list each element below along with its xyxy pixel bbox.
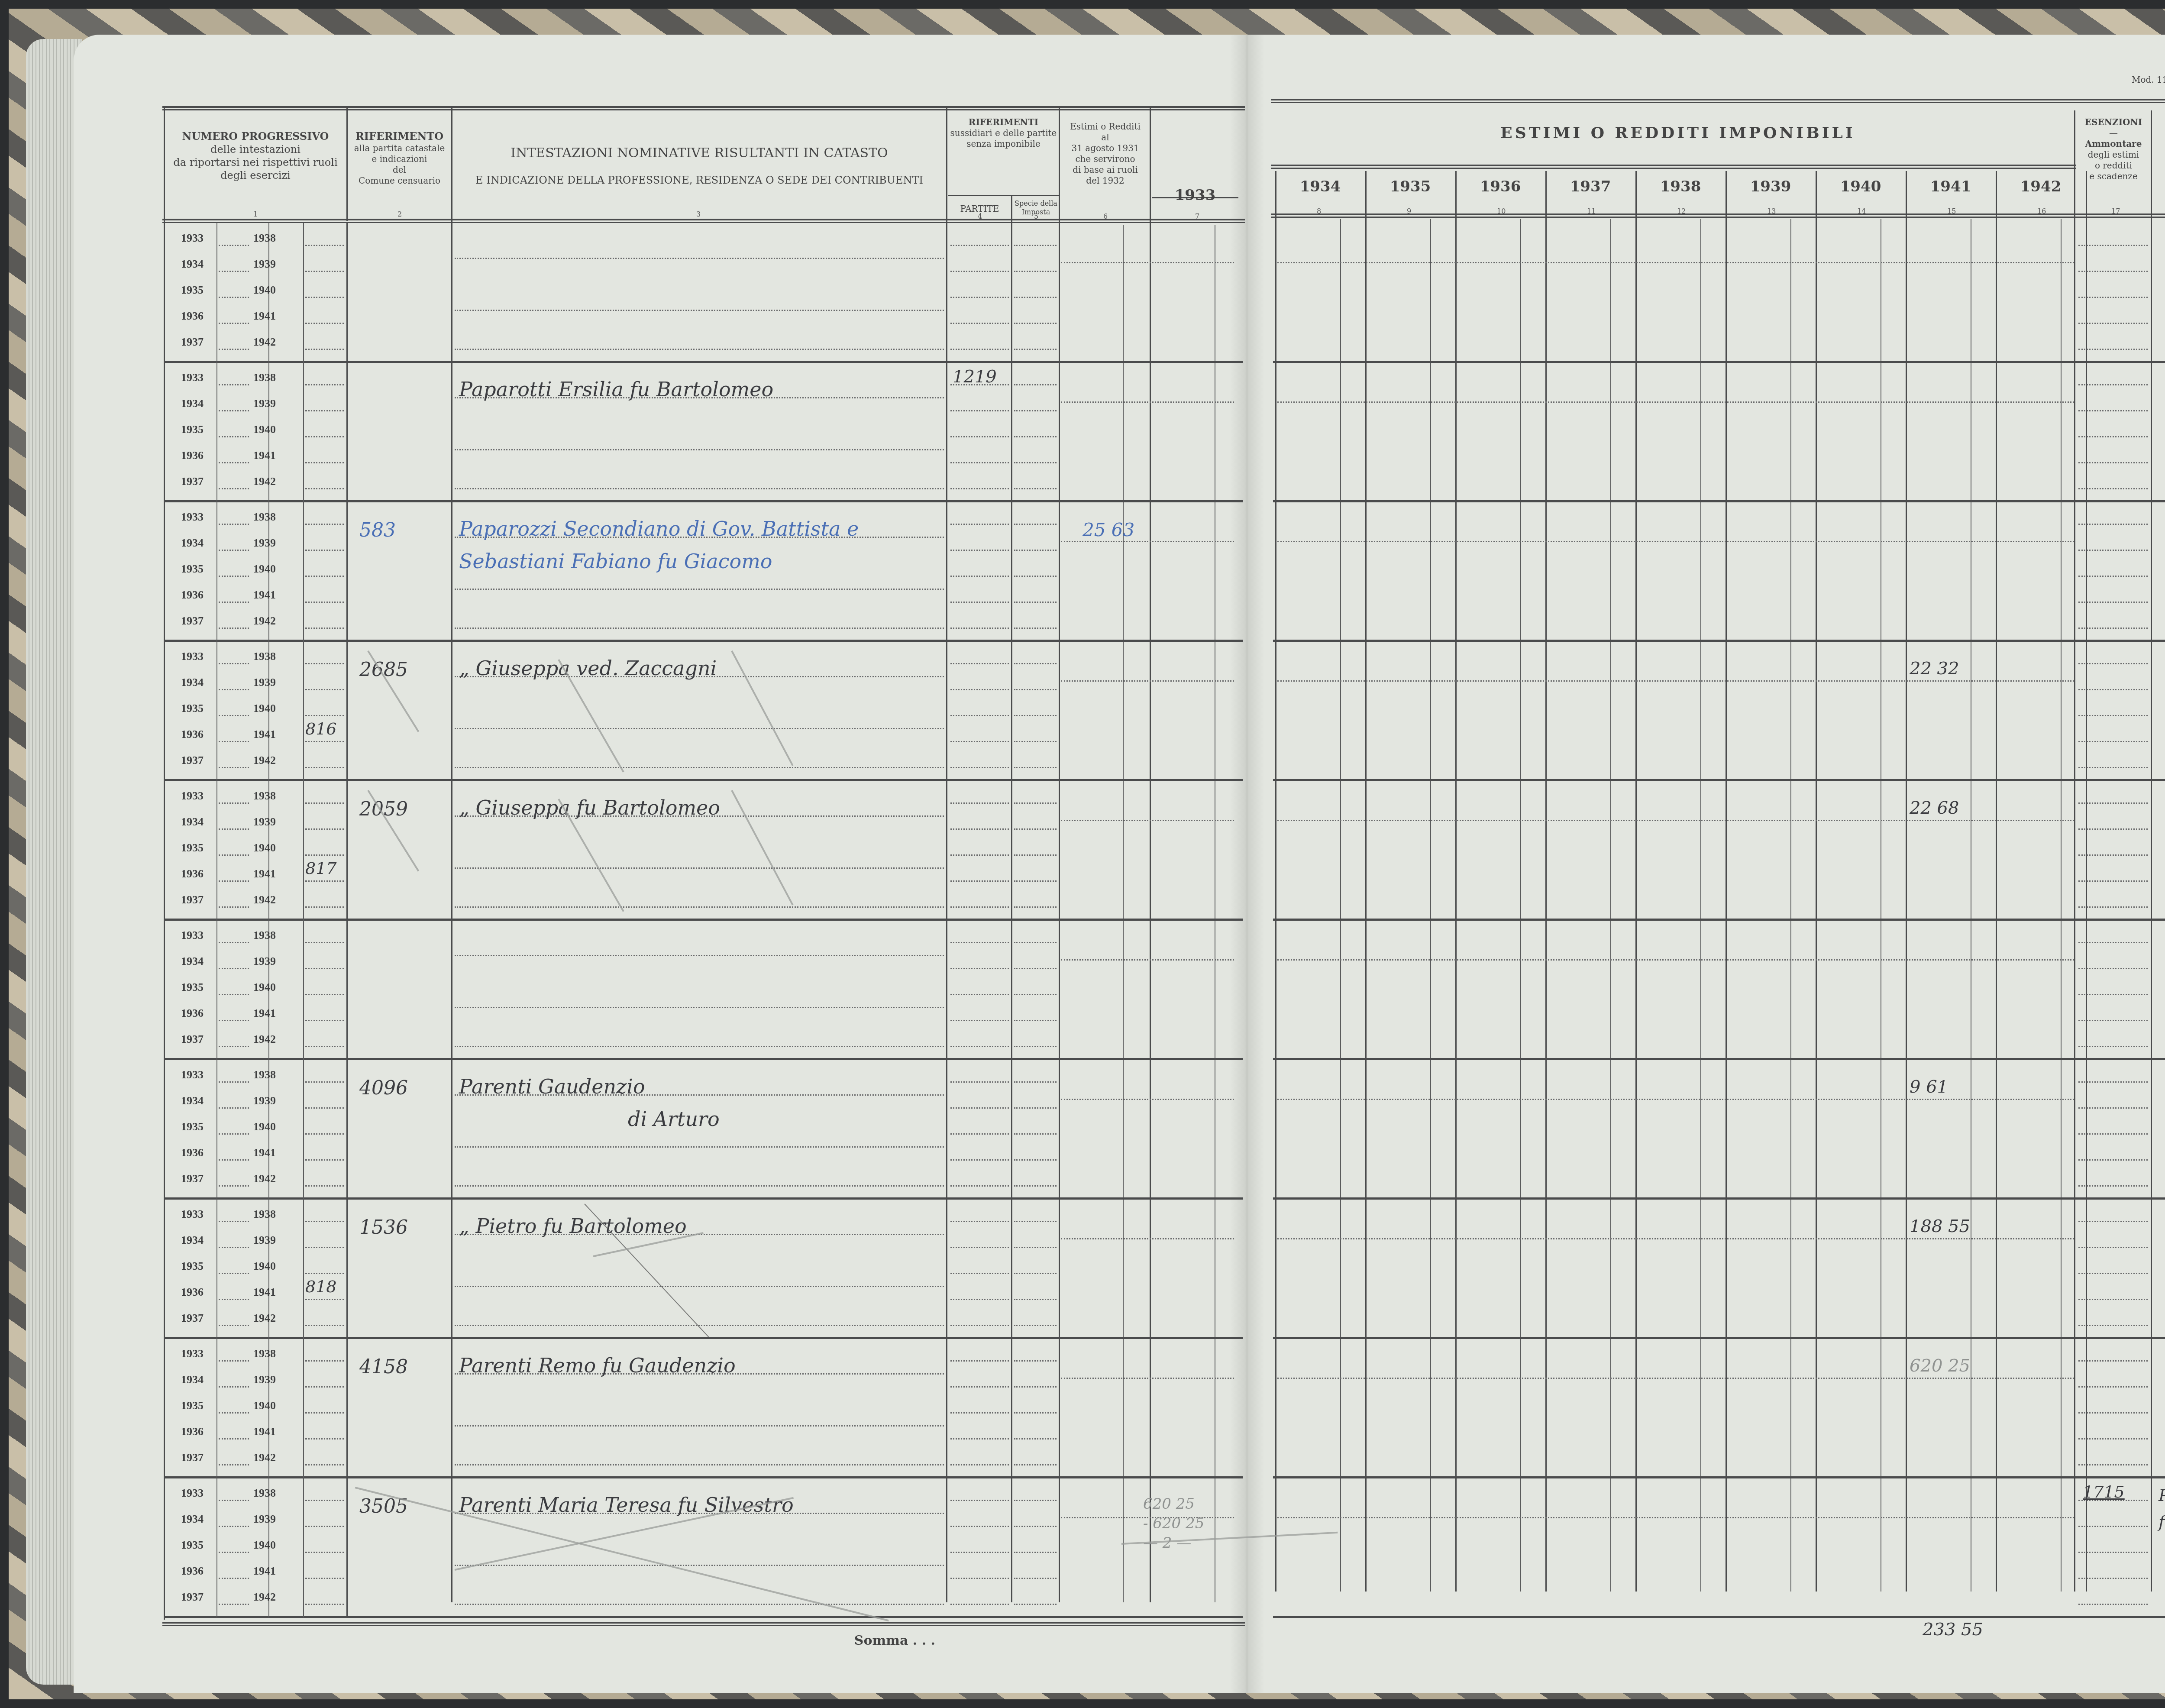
year-label: 1939 [253,397,276,410]
dotted-line [2078,1325,2148,1326]
year-label: 1936 [181,310,204,323]
year-label: 1942 [253,336,276,349]
dotted-line [2078,1464,2148,1465]
year-label: 1938 [253,1487,276,1500]
dotted-line [2078,323,2148,324]
dotted-line [1014,245,1057,246]
dotted-line [2078,1159,2148,1161]
year-col-number: 11 [1587,207,1596,215]
dotted-line [950,550,1009,551]
col-subdivider [1123,225,1124,1602]
year-label: 1938 [253,789,276,802]
dotted-line [219,1020,249,1021]
year-label: 1936 [181,1565,204,1578]
dotted-line [1014,1185,1057,1187]
dotted-line [1061,1378,1234,1379]
year-header-1934: 1934 [1275,178,1365,196]
dotted-line [2078,828,2148,830]
year-label: 1933 [181,1487,204,1500]
dotted-line [219,1185,249,1187]
year-label: 1936 [181,1007,204,1020]
year-label: 1937 [181,893,204,906]
year-label: 1937 [181,1033,204,1046]
year-label: 1940 [253,1120,276,1133]
dotted-line [1014,1325,1057,1326]
entry-separator [165,1197,1243,1200]
dotted-line [950,663,1009,664]
col-divider [346,1339,348,1478]
year-col-number: 15 [1947,207,1956,215]
dotted-line [950,602,1009,603]
entry-separator [165,1337,1243,1339]
dotted-line [219,994,249,995]
year-col-number: 8 [1317,207,1321,215]
year-label: 1940 [253,1260,276,1273]
dotted-line [2078,488,2148,489]
year-label: 1940 [253,841,276,854]
year-label: 1938 [253,929,276,942]
dotted-line [2078,767,2148,768]
dotted-line [1277,541,2074,542]
cents-subdivider [2061,219,2062,1592]
col17-number: 17 [2111,207,2120,215]
dotted-line [1014,689,1057,690]
col-divider [946,108,947,1602]
year-label: 1939 [253,1373,276,1386]
dotted-line [2078,1526,2148,1527]
year-col-number: 16 [2037,207,2046,215]
dotted-line [1277,401,2074,403]
dotted-line [1014,1578,1057,1579]
dotted-line [1014,349,1057,350]
somma-1941-value: 233 55 [1923,1620,1983,1640]
dotted-line [305,689,344,690]
year-label: 1941 [253,449,276,462]
dotted-line [950,524,1009,525]
dotted-line [305,1325,344,1326]
year-label: 1941 [253,589,276,602]
dotted-line [219,1299,249,1300]
left-border [164,108,165,1620]
dotted-line [219,602,249,603]
dotted-line [1014,854,1057,856]
dotted-line [2078,602,2148,603]
year-label: 1936 [181,867,204,880]
year-header-1940: 1940 [1816,178,1906,196]
dotted-line [219,1081,249,1083]
dotted-line [1014,297,1057,298]
dotted-line [455,906,944,908]
dotted-line [1061,820,1234,821]
dotted-line [219,323,249,324]
dotted-line [2078,1273,2148,1274]
footer-rule [162,1622,1245,1626]
dotted-line [2078,968,2148,969]
year-header-1938: 1938 [1635,178,1726,196]
dotted-line [219,245,249,246]
header-top-rule-right [1271,99,2165,103]
year-label: 1942 [253,615,276,628]
year-label: 1938 [253,232,276,245]
dotted-line [2078,741,2148,742]
dotted-line [950,1299,1009,1300]
year-header-1935: 1935 [1365,178,1455,196]
dotted-line [455,728,944,729]
dotted-line [219,689,249,690]
partita-reference: 4096 [359,1077,408,1099]
entry-separator [165,361,1243,363]
year-label: 1942 [253,1172,276,1185]
col-subdivider [216,920,217,1060]
side-number: 817 [305,859,337,878]
taxpayer-name: Parenti Remo fu Gaudenzio [459,1354,736,1377]
dotted-line [219,1438,249,1440]
col-subdivider [303,223,304,362]
dotted-line [2078,1604,2148,1605]
dotted-line [455,867,944,869]
year-label: 1936 [181,1425,204,1438]
esenzioni-value: 1715 [2083,1482,2125,1501]
year-label: 1933 [181,1068,204,1081]
dotted-line [219,410,249,411]
year-label: 1934 [181,676,204,689]
dotted-line [219,1247,249,1248]
dotted-line [219,550,249,551]
dotted-line [305,1360,344,1362]
year-label: 1942 [253,1033,276,1046]
dotted-line [305,880,344,882]
dotted-line [1014,462,1057,463]
year-label: 1938 [253,511,276,524]
dotted-line [219,1386,249,1388]
ledger-page-right [1247,35,2165,1693]
cents-subdivider [1520,219,1521,1592]
entry-separator [1273,500,2165,502]
dotted-line [1014,1360,1057,1362]
year-label: 1941 [253,1146,276,1159]
dotted-line [1014,1299,1057,1300]
dotted-line [1014,524,1057,525]
dotted-line [1014,1247,1057,1248]
dotted-line [219,741,249,742]
entry-separator [165,500,1243,502]
pencil-calculation: 620 25 [1143,1495,1195,1513]
dotted-line [2078,994,2148,995]
col-divider [2074,110,2075,1592]
estimi-title: ESTIMI O REDDITI IMPONIBILI [1277,123,2078,143]
dotted-line [455,1286,944,1287]
year-label: 1937 [181,336,204,349]
col3-number: 3 [696,210,701,218]
dotted-line [305,576,344,577]
dotted-line [219,1325,249,1326]
dotted-line [1014,410,1057,411]
year-label: 1938 [253,650,276,663]
dotted-line [1014,1133,1057,1135]
col-divider [1011,195,1012,1602]
year-label: 1938 [253,371,276,384]
dotted-line [950,802,1009,804]
header-bottom-rule [162,219,1245,223]
year-label: 1936 [181,1146,204,1159]
entry-separator [1273,1058,2165,1060]
dotted-line [1014,1500,1057,1501]
col-subdivider [216,1478,217,1617]
entry-separator [1273,1616,2165,1618]
col-divider [1275,171,1276,1592]
cents-subdivider [1340,219,1341,1592]
dotted-line [950,1438,1009,1440]
dotted-line [1014,663,1057,664]
dotted-line [219,297,249,298]
year-label: 1939 [253,815,276,828]
year-label: 1939 [253,955,276,968]
dotted-line [219,1500,249,1501]
dotted-line [1061,1099,1234,1100]
entry-separator [1273,1476,2165,1478]
dotted-line [219,906,249,908]
dotted-line [219,349,249,350]
dotted-line [305,802,344,804]
col-subdivider [303,1339,304,1478]
dotted-line [305,410,344,411]
dotted-line [219,1273,249,1274]
dotted-line [219,880,249,882]
dotted-line [950,462,1009,463]
year-label: 1934 [181,1234,204,1247]
dotted-line [455,488,944,489]
dotted-line [1014,1604,1057,1605]
dotted-line [2078,1386,2148,1388]
year-header-1933: 1933 [1152,186,1238,205]
entry-separator [165,1616,1243,1618]
dotted-line [1014,1412,1057,1414]
year-label: 1942 [253,1451,276,1464]
col-subdivider [216,223,217,362]
reddito-1941-value: 620 25 [1910,1356,1970,1376]
dotted-line [305,767,344,768]
dotted-line [2078,628,2148,629]
dotted-line [2078,349,2148,350]
col-subdivider [303,1060,304,1199]
col-divider [346,223,348,362]
dotted-line [219,1159,249,1161]
dotted-line [305,349,344,350]
col-divider [346,108,348,221]
partita-reference: 1536 [359,1216,408,1239]
col-subdivider [216,781,217,920]
year-label: 1939 [253,1513,276,1526]
dotted-line [950,323,1009,324]
dotted-line [950,271,1009,272]
dotted-line [950,1526,1009,1527]
dotted-line [219,1133,249,1135]
dotted-line [950,1081,1009,1083]
dotted-line [1014,436,1057,437]
dotted-line [1014,384,1057,385]
dotted-line [950,689,1009,690]
taxpayer-name: Paparotti Ersilia fu Bartolomeo [459,378,773,401]
year-label: 1942 [253,754,276,767]
dotted-line [2078,410,2148,411]
col-divider [346,1060,348,1199]
col-divider [2151,110,2152,1592]
year-label: 1939 [253,676,276,689]
dotted-line [950,628,1009,629]
year-label: 1933 [181,371,204,384]
dotted-line [219,524,249,525]
year-label: 1936 [181,728,204,741]
dotted-line [305,828,344,830]
dotted-line [219,1464,249,1465]
dotted-line [1014,271,1057,272]
year-label: 1941 [253,728,276,741]
dotted-line [2078,436,2148,437]
dotted-line [1014,550,1057,551]
dotted-line [455,1565,944,1566]
dotted-line [455,1464,944,1465]
dotted-line [2078,715,2148,716]
reddito-1941-value: 22 68 [1910,798,1959,818]
cents-subdivider [1971,219,1971,1592]
partita-reference: 583 [359,519,396,541]
year-label: 1940 [253,423,276,436]
col-divider [346,1478,348,1617]
entry-separator [1273,1337,2165,1339]
year-label: 1933 [181,929,204,942]
year-label: 1936 [181,1286,204,1299]
year-label: 1938 [253,1208,276,1221]
dotted-line [1014,576,1057,577]
dotted-line [219,628,249,629]
year-label: 1934 [181,397,204,410]
dotted-line [1014,1526,1057,1527]
dotted-line [2078,297,2148,298]
dotted-line [950,297,1009,298]
cents-subdivider [1700,219,1701,1592]
dotted-line [305,1386,344,1388]
col6-number: 6 [1103,212,1108,220]
reddito-1941-value: 9 61 [1910,1077,1948,1097]
col-divider [346,920,348,1060]
reddito-1941-value: 22 32 [1910,659,1959,679]
side-number: 818 [305,1277,337,1296]
dotted-line [1061,1238,1234,1239]
dotted-line [305,488,344,489]
dotted-line [305,1046,344,1047]
dotted-line [1061,680,1234,682]
year-label: 1937 [181,1312,204,1325]
dotted-line [455,1146,944,1148]
dotted-line [219,1412,249,1414]
dotted-line [1061,262,1234,263]
annotazione-text: Parenti Silvano fu Silvestro [2159,1482,2165,1535]
dotted-line [455,1604,944,1605]
year-label: 1941 [253,1286,276,1299]
dotted-line [305,994,344,995]
year-label: 1934 [181,1373,204,1386]
dotted-line [219,767,249,768]
dotted-line [2078,1552,2148,1553]
dotted-line [305,906,344,908]
year-label: 1940 [253,1399,276,1412]
taxpayer-name-line2: Sebastiani Fabiano fu Giacomo [459,550,772,573]
dotted-line [2078,1412,2148,1414]
entry-separator [165,1476,1243,1478]
dotted-line [1014,1438,1057,1440]
dotted-line [305,1299,344,1300]
col-subdivider [303,781,304,920]
dotted-line [950,1464,1009,1465]
dotted-line [2078,880,2148,882]
dotted-line [219,1578,249,1579]
year-label: 1936 [181,449,204,462]
dotted-line [1014,1046,1057,1047]
dotted-line [455,767,944,768]
year-label: 1935 [181,702,204,715]
dotted-line [305,1500,344,1501]
ledger-page-left [74,35,1260,1693]
year-label: 1942 [253,1312,276,1325]
dotted-line [2078,1107,2148,1109]
year-label: 1940 [253,284,276,297]
year-label: 1933 [181,232,204,245]
dotted-line [950,880,1009,882]
dotted-line [1014,715,1057,716]
dotted-line [950,576,1009,577]
dotted-line [305,1159,344,1161]
year-label: 1935 [181,563,204,576]
year-label: 1941 [253,1425,276,1438]
dotted-line [1014,802,1057,804]
dotted-line [950,1273,1009,1274]
dotted-line [1061,541,1234,542]
dotted-line [305,1578,344,1579]
col-subdivider [216,1060,217,1199]
dotted-line [305,271,344,272]
dotted-line [305,1247,344,1248]
col-divider [346,502,348,641]
dotted-line [950,410,1009,411]
dotted-line [305,1552,344,1553]
entry-separator [1273,361,2165,363]
dotted-line [305,297,344,298]
col-subdivider [303,1478,304,1617]
dotted-line [2078,1247,2148,1248]
dotted-line [1277,680,2074,682]
dotted-line [2078,802,2148,804]
dotted-line [305,1604,344,1605]
dotted-line [950,1500,1009,1501]
dotted-line [1014,880,1057,882]
reddito-1941-value: 188 55 [1910,1216,1970,1236]
year-label: 1934 [181,1513,204,1526]
estimi-sub-rule [1271,165,2076,169]
year-label: 1935 [181,284,204,297]
dotted-line [950,1046,1009,1047]
year-label: 1940 [253,981,276,994]
dotted-line [219,968,249,969]
taxpayer-name: Parenti Maria Teresa fu Silvestro [459,1493,794,1517]
form-code: Mod. 111 - Imposte Dirette (Intercalare)… [2104,74,2165,85]
pencil-calculation: - 620 25 [1143,1515,1204,1532]
dotted-line [950,1412,1009,1414]
side-number: 816 [305,719,337,738]
col-divider [346,1199,348,1339]
dotted-line [455,349,944,350]
cents-subdivider [1790,219,1791,1592]
year-label: 1938 [253,1347,276,1360]
